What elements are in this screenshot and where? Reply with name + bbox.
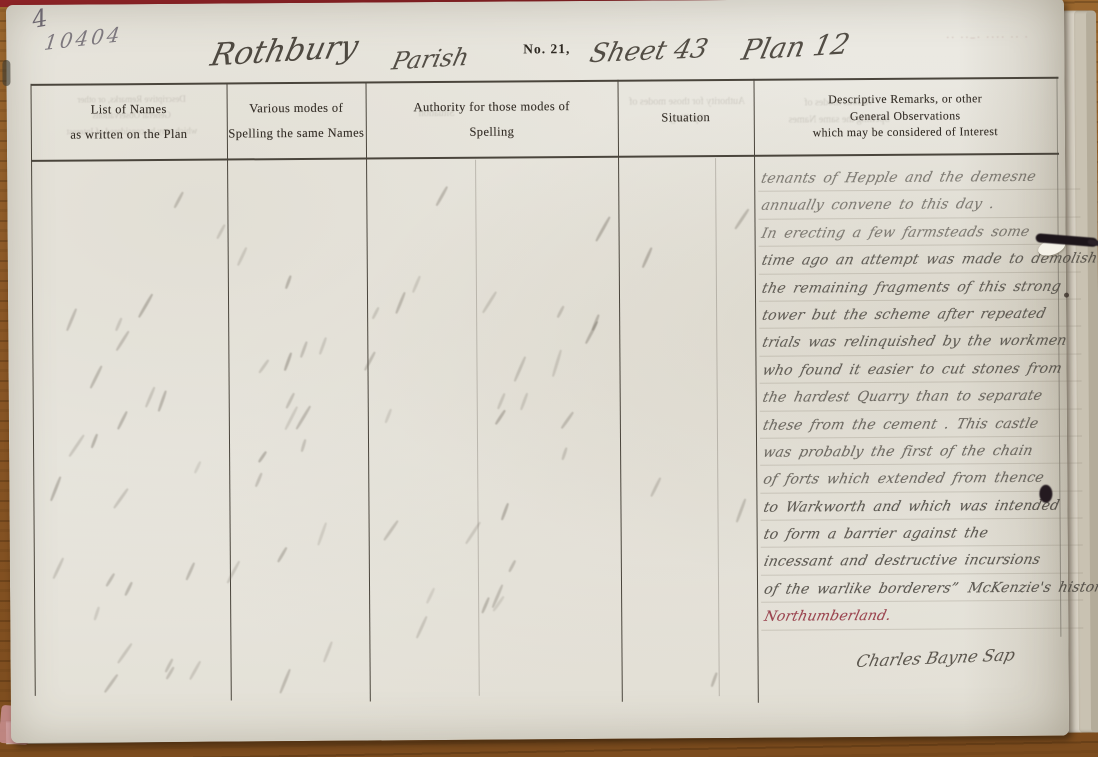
bleed-mark: [520, 392, 528, 409]
bleed-mark: [562, 447, 568, 460]
bleed-mark: [465, 521, 481, 544]
remarks-line: incessant and destructive incursions: [761, 546, 1083, 576]
edge-smudge: [2, 60, 10, 86]
bleed-mark: [415, 616, 427, 638]
bleed-mark: [384, 520, 400, 541]
bleed-mark: [103, 673, 118, 692]
bleed-mark: [193, 461, 201, 474]
bleed-mark: [106, 573, 116, 587]
remarks-line: In erecting a few farmsteads some: [758, 217, 1080, 247]
bleed-mark: [560, 411, 574, 429]
bleed-mark: [277, 546, 288, 562]
bleed-mark: [116, 330, 130, 350]
bleed-mark: [285, 392, 295, 408]
bleed-mark: [285, 275, 292, 289]
bleed-mark: [497, 392, 506, 409]
bleed-mark: [66, 308, 78, 331]
bleed-mark: [395, 292, 406, 314]
bleed-mark: [735, 498, 746, 523]
bleed-mark: [226, 560, 240, 583]
remarks-line: to form a barrier against the: [761, 519, 1083, 549]
bleed-mark: [323, 641, 333, 662]
bleed-mark: [144, 386, 155, 407]
bleed-mark: [641, 247, 652, 268]
document-page: 4 10404 Rothbury Parish No. 21, Sheet 43…: [6, 0, 1069, 743]
bleed-mark: [734, 208, 749, 229]
bleed-mark: [363, 351, 375, 370]
bleed-mark: [584, 321, 598, 344]
remarks-line: of the warlike borderers”McKenzie's hist…: [761, 573, 1083, 603]
bleed-mark: [300, 439, 306, 452]
remarks-line: these from the cement . This castle: [760, 409, 1082, 439]
remarks-line: the hardest Quarry than to separate: [760, 382, 1082, 412]
bleed-mark: [411, 276, 420, 294]
bleed-mark: [299, 341, 307, 358]
remarks-line: annually convene to this day .: [758, 190, 1080, 220]
bleed-mark: [89, 366, 103, 390]
bleed-mark: [117, 642, 133, 663]
photo-background: 4 10404 Rothbury Parish No. 21, Sheet 43…: [0, 0, 1098, 757]
bleed-mark: [52, 557, 64, 579]
bleed-mark: [138, 293, 154, 318]
bleed-mark: [509, 560, 517, 572]
citation-line-red: Northumberland.: [761, 601, 1083, 631]
remarks-line: tenants of Hepple and the demesne: [758, 163, 1080, 193]
remarks-line: time ago an attempt was made to demolish: [759, 245, 1081, 275]
bleed-mark: [237, 246, 248, 265]
bleed-mark: [481, 596, 490, 612]
citation-inline-red: McKenzie's history of: [965, 574, 1098, 602]
remarks-line: to Warkworth and which was intended: [760, 491, 1082, 521]
bleed-mark: [384, 409, 392, 424]
bleed-mark: [317, 522, 327, 545]
remarks-line: was probably the first of the chain: [760, 436, 1082, 466]
bleed-mark: [117, 410, 128, 429]
bleed-mark: [501, 503, 510, 521]
remarks-line: trials was relinquished by the workmen: [759, 327, 1081, 357]
ink-spot: [1064, 293, 1069, 298]
bleed-mark: [124, 581, 133, 596]
bleed-mark: [650, 477, 661, 497]
bleed-mark: [91, 433, 99, 447]
bleed-mark: [710, 672, 717, 687]
bleed-mark: [50, 476, 62, 501]
bleed-mark: [591, 314, 600, 331]
bleed-mark: [67, 434, 84, 457]
bleed-mark: [279, 668, 291, 693]
bleed-mark: [157, 390, 167, 412]
bleed-mark: [284, 353, 293, 372]
bleed-mark: [173, 191, 184, 208]
bleed-mark: [258, 359, 269, 373]
bleed-mark: [216, 224, 226, 239]
remarks-line: the remaining fragments of this strong: [759, 272, 1081, 302]
bleed-mark: [482, 291, 498, 314]
bleed-mark: [495, 409, 507, 425]
bleed-mark: [557, 306, 565, 319]
bleed-mark: [318, 337, 327, 355]
bleed-mark: [425, 587, 435, 603]
bleed-mark: [513, 356, 526, 382]
bleed-mark: [254, 473, 262, 488]
remarks-line: tower but the scheme after repeated: [759, 299, 1081, 329]
bleed-mark: [435, 186, 448, 207]
bleed-mark: [93, 606, 100, 620]
bleed-mark: [115, 317, 123, 331]
bleed-mark: [552, 349, 562, 376]
bleed-mark: [186, 562, 196, 580]
remarks-column-text: tenants of Hepple and the demesne annual…: [758, 163, 1083, 631]
bleed-mark: [257, 451, 266, 463]
bleed-mark: [371, 307, 379, 320]
bleed-mark: [595, 216, 611, 242]
page-group: 4 10404 Rothbury Parish No. 21, Sheet 43…: [0, 0, 1098, 757]
remarks-line: of forts which extended from thence: [760, 464, 1082, 494]
bleed-mark: [188, 660, 201, 680]
bleed-mark: [112, 488, 128, 509]
remarks-line: who found it easier to cut stones from: [759, 354, 1081, 384]
binding-thread-lower: [1039, 485, 1052, 503]
